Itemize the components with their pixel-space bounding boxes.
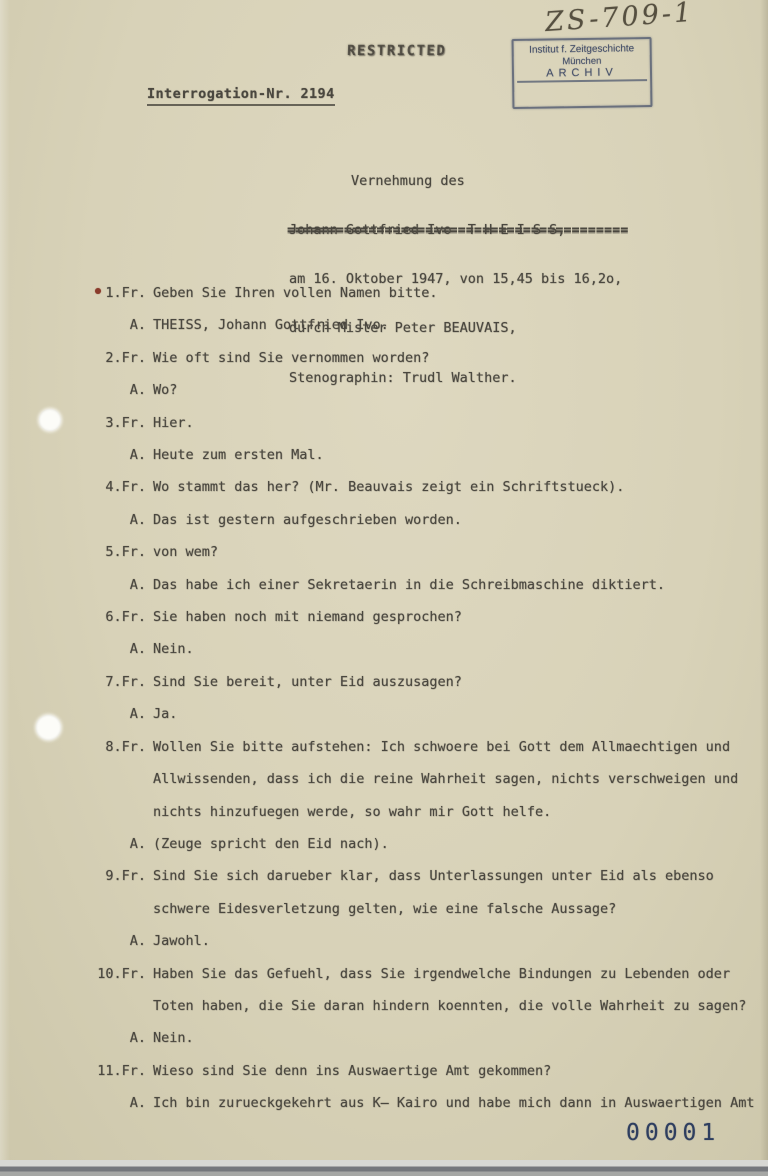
transcript-entry: 10.Fr. Haben Sie das Gefuehl, dass Sie i… bbox=[96, 958, 756, 1023]
transcript-entry: A. Das ist gestern aufgeschrieben worden… bbox=[96, 504, 756, 536]
header-line-vernehmung: Vernehmung des bbox=[289, 173, 622, 189]
paper-sheet: ZS-709-1 RESTRICTED Institut f. Zeitgesc… bbox=[0, 0, 768, 1160]
entry-text: von wem? bbox=[153, 536, 756, 568]
entry-label: A. bbox=[96, 1087, 146, 1119]
entry-label: 5.Fr. bbox=[96, 536, 146, 568]
transcript-entry: 4.Fr. Wo stammt das her? (Mr. Beauvais z… bbox=[96, 471, 756, 503]
entry-text: (Zeuge spricht den Eid nach). bbox=[153, 828, 756, 860]
entry-label: 11.Fr. bbox=[96, 1055, 146, 1087]
entry-label: A. bbox=[96, 698, 146, 730]
entry-label: A. bbox=[96, 633, 146, 665]
entry-label: 9.Fr. bbox=[96, 860, 146, 892]
entry-label: 4.Fr. bbox=[96, 471, 146, 503]
punch-hole-bottom bbox=[36, 715, 61, 740]
entry-text: Ich bin zurueckgekehrt aus K̶ Kairo und … bbox=[153, 1087, 756, 1119]
archive-stamp-text-block: Institut f. Zeitgeschichte München ARCHI… bbox=[517, 39, 648, 83]
entry-text: Wie oft sind Sie vernommen worden? bbox=[153, 342, 756, 374]
scanner-edge-strip bbox=[0, 1160, 768, 1176]
restricted-classification-stamp: RESTRICTED bbox=[347, 43, 447, 59]
entry-label: A. bbox=[96, 925, 146, 957]
entry-label: A. bbox=[96, 504, 146, 536]
archive-stamp-line1: Institut f. Zeitgeschichte bbox=[517, 43, 647, 57]
entry-label: A. bbox=[96, 569, 146, 601]
question-answer-transcript: 1.Fr. Geben Sie Ihren vollen Namen bitte… bbox=[96, 277, 756, 1120]
scanned-document: ZS-709-1 RESTRICTED Institut f. Zeitgesc… bbox=[0, 0, 768, 1176]
entry-text: Wo stammt das her? (Mr. Beauvais zeigt e… bbox=[153, 471, 756, 503]
entry-label: 10.Fr. bbox=[96, 958, 146, 990]
entry-text: Sind Sie bereit, unter Eid auszusagen? bbox=[153, 666, 756, 698]
transcript-entry: A. (Zeuge spricht den Eid nach). bbox=[96, 828, 756, 860]
entry-text: Das habe ich einer Sekretaerin in die Sc… bbox=[153, 569, 756, 601]
entry-label: A. bbox=[96, 439, 146, 471]
transcript-entry: 11.Fr. Wieso sind Sie denn ins Auswaerti… bbox=[96, 1055, 756, 1087]
transcript-entry: A. Das habe ich einer Sekretaerin in die… bbox=[96, 569, 756, 601]
transcript-entry: A. Jawohl. bbox=[96, 925, 756, 957]
entry-label: A. bbox=[96, 828, 146, 860]
entry-label: A. bbox=[96, 374, 146, 406]
entry-label: 1.Fr. bbox=[96, 277, 146, 309]
entry-text: Geben Sie Ihren vollen Namen bitte. bbox=[153, 277, 756, 309]
transcript-entry: A. Wo? bbox=[96, 374, 756, 406]
entry-label: A. bbox=[96, 1022, 146, 1054]
entry-text: Haben Sie das Gefuehl, dass Sie irgendwe… bbox=[153, 958, 756, 1023]
transcript-entry: A. Nein. bbox=[96, 633, 756, 665]
transcript-entry: 2.Fr. Wie oft sind Sie vernommen worden? bbox=[96, 342, 756, 374]
entry-label: 3.Fr. bbox=[96, 407, 146, 439]
entry-text: THEISS, Johann Gottfried Ivo. bbox=[153, 309, 756, 341]
entry-text: Jawohl. bbox=[153, 925, 756, 957]
header-separator-line: ========================================… bbox=[287, 222, 628, 238]
entry-label: 8.Fr. bbox=[96, 731, 146, 763]
transcript-entry: A. Nein. bbox=[96, 1022, 756, 1054]
archive-stamp-line3: ARCHIV bbox=[517, 66, 647, 81]
entry-text: Sie haben noch mit niemand gesprochen? bbox=[153, 601, 756, 633]
interrogation-number-heading: Interrogation-Nr. 2194 bbox=[147, 86, 335, 106]
entry-label: 6.Fr. bbox=[96, 601, 146, 633]
entry-text: Nein. bbox=[153, 633, 756, 665]
entry-label: A. bbox=[96, 309, 146, 341]
transcript-entry: A. THEISS, Johann Gottfried Ivo. bbox=[96, 309, 756, 341]
handwritten-archive-reference: ZS-709-1 bbox=[544, 0, 695, 38]
archive-stamp-box: Institut f. Zeitgeschichte München ARCHI… bbox=[512, 37, 653, 109]
entry-text: Hier. bbox=[153, 407, 756, 439]
punch-hole-top bbox=[39, 409, 61, 431]
entry-text: Wollen Sie bitte aufstehen: Ich schwoere… bbox=[153, 731, 756, 828]
transcript-entry: 5.Fr. von wem? bbox=[96, 536, 756, 568]
entry-text: Nein. bbox=[153, 1022, 756, 1054]
transcript-entry: A. Heute zum ersten Mal. bbox=[96, 439, 756, 471]
transcript-entry: A. Ich bin zurueckgekehrt aus K̶ Kairo u… bbox=[96, 1087, 756, 1119]
transcript-entry: 7.Fr. Sind Sie bereit, unter Eid auszusa… bbox=[96, 666, 756, 698]
entry-text: Wieso sind Sie denn ins Auswaertige Amt … bbox=[153, 1055, 756, 1087]
transcript-entry: 8.Fr. Wollen Sie bitte aufstehen: Ich sc… bbox=[96, 731, 756, 828]
transcript-entry: 9.Fr. Sind Sie sich darueber klar, dass … bbox=[96, 860, 756, 925]
transcript-entry: 6.Fr. Sie haben noch mit niemand gesproc… bbox=[96, 601, 756, 633]
entry-text: Das ist gestern aufgeschrieben worden. bbox=[153, 504, 756, 536]
entry-label: 2.Fr. bbox=[96, 342, 146, 374]
page-number-stamp: 00001 bbox=[626, 1120, 720, 1146]
entry-text: Heute zum ersten Mal. bbox=[153, 439, 756, 471]
transcript-entry: 1.Fr. Geben Sie Ihren vollen Namen bitte… bbox=[96, 277, 756, 309]
entry-text: Sind Sie sich darueber klar, dass Unterl… bbox=[153, 860, 756, 925]
transcript-entry: 3.Fr. Hier. bbox=[96, 407, 756, 439]
entry-text: Ja. bbox=[153, 698, 756, 730]
transcript-entry: A. Ja. bbox=[96, 698, 756, 730]
entry-text: Wo? bbox=[153, 374, 756, 406]
entry-label: 7.Fr. bbox=[96, 666, 146, 698]
